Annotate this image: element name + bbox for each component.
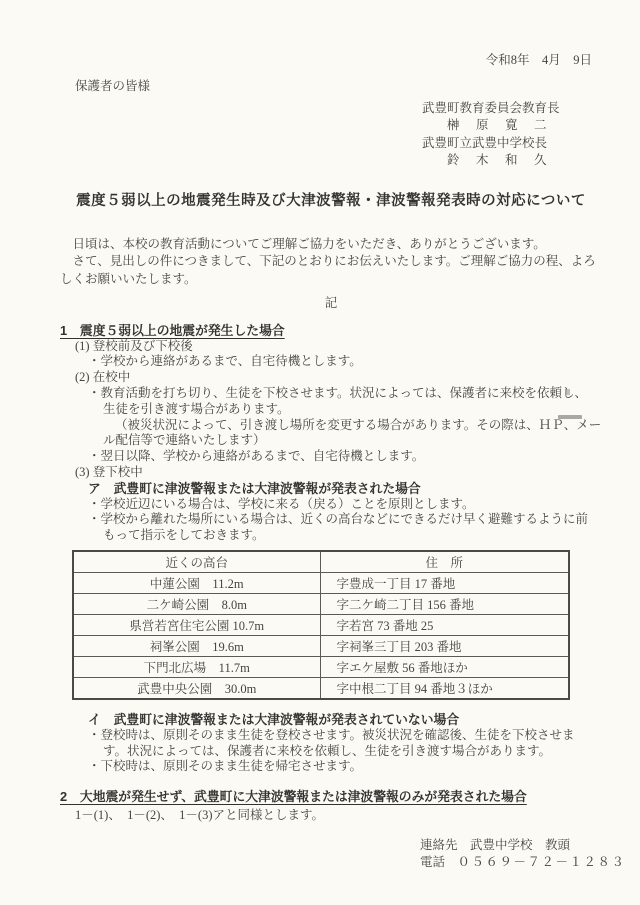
document-title: 震度５弱以上の地震発生時及び大津波警報・津波警報発表時の対応について — [60, 191, 602, 211]
body-line: ・教育活動を打ち切り、生徒を下校させます。状況によっては、保護者に来校を依頼し、 — [88, 386, 602, 402]
body-line: （被災状況によって、引き渡し場所を変更する場合があります。その際は、ＨＰ、メー — [115, 418, 602, 434]
body-line: ・翌日以降、学校から連絡があるまで、自宅待機とします。 — [88, 449, 602, 465]
scan-artifact-streak — [558, 415, 582, 419]
phone-label: 電話 — [420, 855, 458, 869]
body-line: ・下校時は、原則そのまま生徒を帰宅させます。 — [88, 759, 602, 775]
section2-heading: 2 大地震が発生せず、武豊町に大津波警報または津波警報のみが発表された場合 — [60, 788, 602, 805]
table-row: 県営若宮住宅公園 10.7m 字若宮 73 番地 25 — [73, 614, 569, 635]
sender-block: 武豊町教育委員会教育長 榊 原 寛 二 武豊町立武豊中学校長 鈴 木 和 久 — [422, 100, 602, 170]
subsection-i-heading: イ 武豊町に津波警報または大津波警報が発表されていない場合 — [88, 712, 602, 728]
table-cell-site: 県営若宮住宅公園 10.7m — [73, 614, 320, 635]
table-row: 中蓮公園 11.2m 字豊成一丁目 17 番地 — [73, 572, 569, 593]
section2-body: 1－(1)、 1－(2)、 1－(3)アと同様とします。 — [75, 807, 602, 824]
evacuation-sites-table: 近くの高台 住 所 中蓮公園 11.2m 字豊成一丁目 17 番地 二ケ崎公園 … — [72, 550, 570, 700]
greeting-line: しくお願いいたします。 — [60, 271, 602, 289]
greeting-line: 日頃は、本校の教育活動についてご理解ご協力をいただき、ありがとうございます。 — [60, 236, 602, 254]
sender1-title: 武豊町教育委員会教育長 — [422, 100, 602, 117]
document-date: 令和8年 4月 9日 — [60, 0, 592, 69]
scan-artifact-speck — [565, 389, 570, 395]
body-line: (1) 登校前及び下校後 — [75, 339, 602, 355]
greeting-paragraph: 日頃は、本校の教育活動についてご理解ご協力をいただき、ありがとうございます。 さ… — [60, 236, 602, 289]
table-cell-site: 中蓮公園 11.2m — [73, 572, 320, 593]
table-row: 祠峯公園 19.6m 字祠峯三丁目 203 番地 — [73, 635, 569, 656]
table-cell-site: 二ケ崎公園 8.0m — [73, 593, 320, 614]
sender1-name: 榊 原 寛 二 — [447, 117, 602, 134]
table-cell-address: 字二ケ崎二丁目 156 番地 — [320, 593, 569, 614]
table-header-row: 近くの高台 住 所 — [73, 551, 569, 573]
section2: 2 大地震が発生せず、武豊町に大津波警報または津波警報のみが発表された場合 1－… — [60, 788, 602, 824]
scanned-document-page: 令和8年 4月 9日 保護者の皆様 武豊町教育委員会教育長 榊 原 寛 二 武豊… — [0, 0, 640, 905]
body-line: もって指示をしておきます。 — [103, 528, 602, 544]
body-line: 生徒を引き渡す場合があります。 — [103, 402, 602, 418]
ki-marker: 記 — [60, 295, 602, 313]
contact-phone-line: 電話 ０５６９－７２－１２８３ — [420, 854, 602, 872]
table-row: 下門北広場 11.7m 字エケ屋敷 56 番地ほか — [73, 656, 569, 677]
table-cell-address: 字若宮 73 番地 25 — [320, 614, 569, 635]
contact-block: 連絡先 武豊中学校 教頭 電話 ０５６９－７２－１２８３ — [420, 837, 602, 872]
table-cell-site: 祠峯公園 19.6m — [73, 635, 320, 656]
body-line: ル配信等で連絡いたします） — [103, 433, 602, 449]
body-line: (2) 在校中 — [75, 370, 602, 386]
table-cell-address: 字豊成一丁目 17 番地 — [320, 572, 569, 593]
greeting-line: さて、見出しの件につきまして、下記のとおりにお伝えいたします。ご理解ご協力の程、… — [60, 253, 602, 271]
table-row: 二ケ崎公園 8.0m 字二ケ崎二丁目 156 番地 — [73, 593, 569, 614]
subsection-a-heading: ア 武豊町に津波警報または大津波警報が発表された場合 — [88, 481, 602, 497]
body-line: す。状況によっては、保護者に来校を依頼し、生徒を引き渡す場合があります。 — [103, 744, 602, 760]
body-line: ・学校から離れた場所にいる場合は、近くの高台などにできるだけ早く避難するように前 — [88, 512, 602, 528]
table-cell-site: 下門北広場 11.7m — [73, 656, 320, 677]
table-row: 武豊中央公園 30.0m 字中根二丁目 94 番地３ほか — [73, 677, 569, 699]
table-cell-address: 字中根二丁目 94 番地３ほか — [320, 677, 569, 699]
sender2-name: 鈴 木 和 久 — [447, 152, 602, 169]
document-content: 令和8年 4月 9日 保護者の皆様 武豊町教育委員会教育長 榊 原 寛 二 武豊… — [0, 0, 640, 872]
body-line: ・学校近辺にいる場合は、学校に来る（戻る）ことを原則とします。 — [88, 497, 602, 513]
section1b-body: イ 武豊町に津波警報または大津波警報が発表されていない場合 ・登校時は、原則その… — [60, 712, 602, 775]
section1-heading: 1 震度５弱以上の地震が発生した場合 — [60, 322, 602, 339]
body-line: ・学校から連絡があるまで、自宅待機とします。 — [88, 354, 602, 370]
table-cell-address: 字祠峯三丁目 203 番地 — [320, 635, 569, 656]
phone-number: ０５６９－７２－１２８３ — [458, 855, 626, 869]
body-line: (3) 登下校中 — [75, 465, 602, 481]
recipient-line: 保護者の皆様 — [75, 78, 602, 95]
table-cell-address: 字エケ屋敷 56 番地ほか — [320, 656, 569, 677]
section1-body: (1) 登校前及び下校後 ・学校から連絡があるまで、自宅待機とします。 (2) … — [60, 339, 602, 544]
table-cell-site: 武豊中央公園 30.0m — [73, 677, 320, 699]
table-header-hilltop: 近くの高台 — [73, 551, 320, 573]
table-header-address: 住 所 — [320, 551, 569, 573]
sender2-title: 武豊町立武豊中学校長 — [422, 135, 602, 152]
contact-name-line: 連絡先 武豊中学校 教頭 — [420, 837, 602, 855]
body-line: ・登校時は、原則そのまま生徒を登校させます。被災状況を確認後、生徒を下校させま — [88, 728, 602, 744]
